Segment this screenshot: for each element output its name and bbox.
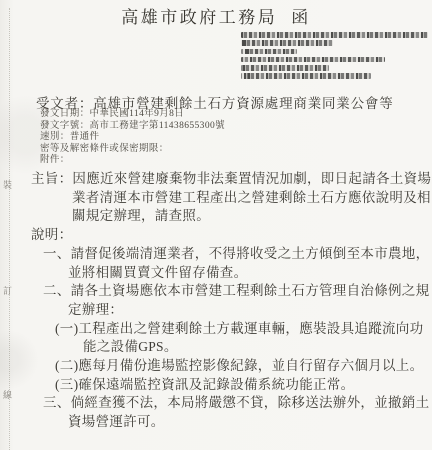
redacted-line xyxy=(241,73,371,79)
subitem-1-line: (一)工程產出之營建剩餘土方載運車輛，應裝設具追蹤流向功 xyxy=(55,320,428,339)
doc-number-value: 高市工務建字第11438655300號 xyxy=(90,121,226,131)
item-1-line-cont: 並將相關買賣文件留存備查。 xyxy=(68,264,428,283)
subject-line-cont: 業者清運本市營建工程產出之營建剩餘土石方應依說明及相 xyxy=(72,189,428,208)
item-3-line: 三、倘經查獲不法，本局將嚴懲不貸，除移送法辦外，並撤銷土 xyxy=(43,394,428,413)
doc-number-label: 發文字號： xyxy=(40,121,90,131)
redacted-line xyxy=(241,40,333,46)
subitem-1-line-cont: 能之設備GPS。 xyxy=(83,338,428,357)
speed-class-line: 速別：普通件 xyxy=(40,132,225,144)
speed-class-value: 普通件 xyxy=(70,132,100,142)
subitem-3-line: (三)確保遠端監控資訊及記錄設備系統功能正常。 xyxy=(55,376,428,395)
issue-date-value: 中華民國114年9月8日 xyxy=(90,109,185,119)
issue-date-line: 發文日期：中華民國114年9月8日 xyxy=(40,109,225,121)
redacted-line xyxy=(241,49,297,55)
document-metadata: 發文日期：中華民國114年9月8日 發文字號：高市工務建字第1143865530… xyxy=(40,109,225,167)
attachment-label: 附件： xyxy=(40,155,70,165)
item-2-line-cont: 定辦理： xyxy=(68,301,428,320)
item-1-line: 一、請督促後端清運業者，不得將收受之土方傾倒至本市農地， xyxy=(43,245,428,264)
item-3-line-cont: 資場營運許可。 xyxy=(68,413,428,432)
speed-class-label: 速別： xyxy=(40,132,70,142)
subitem-2-line: (二)應每月備份進場監控影像紀錄，並自行留存六個月以上。 xyxy=(55,357,428,376)
subject-line: 主旨：因應近來營建廢棄物非法棄置情況加劇，即日起請各土資場 xyxy=(31,170,428,189)
scanned-official-letter: 裝 訂 線 高雄市政府工務局函 受文者：高雄市營建剩餘土石方資源處理商業同業公會… xyxy=(0,0,432,450)
binding-dotted-line xyxy=(9,8,10,450)
redacted-line xyxy=(241,57,385,63)
doc-number-line: 發文字號：高市工務建字第11438655300號 xyxy=(40,121,225,133)
agency-name: 高雄市政府工務局 xyxy=(121,8,277,27)
subject-line-cont: 關規定辦理，請查照。 xyxy=(72,207,428,226)
issue-date-label: 發文日期： xyxy=(40,109,90,119)
document-title: 高雄市政府工務局函 xyxy=(0,3,432,28)
security-class-line: 密等及解密條件或保密期限： xyxy=(40,144,225,156)
redacted-line xyxy=(241,65,329,71)
document-type-label: 函 xyxy=(291,8,311,27)
binding-mark-zhuang: 裝 xyxy=(3,178,15,191)
redacted-contact-info xyxy=(241,32,431,82)
document-body: 主旨：因應近來營建廢棄物非法棄置情況加劇，即日起請各土資場 業者清運本市營建工程… xyxy=(31,170,428,432)
attachment-line: 附件： xyxy=(40,155,225,167)
explanation-heading: 說明： xyxy=(31,226,428,245)
item-2-line: 二、請各土資場應依本市營建工程剩餘土石方管理自治條例之規 xyxy=(43,282,428,301)
security-class-label: 密等及解密條件或保密期限： xyxy=(40,144,169,154)
binding-mark-xian: 線 xyxy=(3,388,15,401)
binding-mark-ding: 訂 xyxy=(3,284,15,297)
redacted-line xyxy=(241,32,428,38)
